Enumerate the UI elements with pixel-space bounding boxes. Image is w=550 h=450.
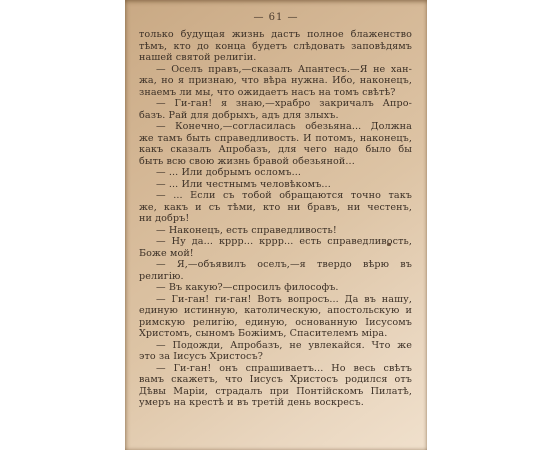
text-line: — ... Или честнымъ человѣкомъ...: [139, 179, 412, 191]
text-line: же тамъ быть справедливость. И потомъ, н…: [139, 133, 412, 145]
text-line: Дѣвы Маріи, страдалъ при Понтійскомъ Пил…: [139, 386, 412, 398]
text-line: — ... Или добрымъ осломъ...: [139, 167, 412, 179]
text-line: — Оселъ правъ,—сказалъ Апантесъ.—Я не ха…: [139, 64, 412, 76]
text-line: — Ги-ган! я знаю,—храбро закричалъ Апро-: [139, 98, 412, 110]
text-line: нашей святой религіи.: [139, 52, 412, 64]
page-number: — 61 —: [125, 12, 427, 23]
text-line: ни добръ!: [139, 213, 412, 225]
text-line: базъ. Рай для добрыхъ, адъ для злыхъ.: [139, 110, 412, 122]
scan-background: — 61 — только будущая жизнь дастъ полное…: [0, 0, 550, 450]
book-page: — 61 — только будущая жизнь дастъ полное…: [125, 0, 427, 450]
text-line: — ... Если съ тобой обращаются точно так…: [139, 190, 412, 202]
text-line: религію.: [139, 271, 412, 283]
text-line: какъ сказалъ Апробазъ, для чего надо был…: [139, 144, 412, 156]
text-line: — Подожди, Апробазъ, не увлекайся. Что ж…: [139, 340, 412, 352]
text-line: единую истинную, католическую, апостольс…: [139, 305, 412, 317]
text-line: — Конечно,—согласилась обезьяна... Должн…: [139, 121, 412, 133]
text-line: — Наконецъ, есть справедливость!: [139, 225, 412, 237]
text-line: знаемъ ли мы, что ожидаетъ насъ на томъ …: [139, 87, 412, 99]
text-line: тѣмъ, кто до конца будетъ слѣдовать запо…: [139, 41, 412, 53]
text-line: это за Іисусъ Христосъ?: [139, 351, 412, 363]
ink-speck: [387, 243, 391, 246]
text-line: вамъ скажетъ, что Іисусъ Христосъ родилс…: [139, 374, 412, 386]
text-line: только будущая жизнь дастъ полное блажен…: [139, 29, 412, 41]
text-line: быть всю свою жизнь бравой обезьяной...: [139, 156, 412, 168]
text-line: — Ги-ган! онъ спрашиваетъ... Но весь свѣ…: [139, 363, 412, 375]
text-line: Боже мой!: [139, 248, 412, 260]
text-line: — Я,—объявилъ оселъ,—я твердо вѣрю въ: [139, 259, 412, 271]
text-line: — Ну да... кррр... кррр... есть справедл…: [139, 236, 412, 248]
text-line: же, какъ и съ тѣми, кто ни бравъ, ни чес…: [139, 202, 412, 214]
text-line: — Въ какую?—спросилъ философъ.: [139, 282, 412, 294]
text-line: — Ги-ган! ги-ган! Вотъ вопросъ... Да въ …: [139, 294, 412, 306]
text-line: римскую религію, единую, основанную Іису…: [139, 317, 412, 329]
page-text: только будущая жизнь дастъ полное блажен…: [139, 29, 412, 409]
text-line: умеръ на крестѣ и въ третій день воскрес…: [139, 397, 412, 409]
text-line: Христомъ, сыномъ Божіимъ, Спасителемъ мі…: [139, 328, 412, 340]
text-line: жа, но я признаю, что вѣра нужна. Ибо, н…: [139, 75, 412, 87]
